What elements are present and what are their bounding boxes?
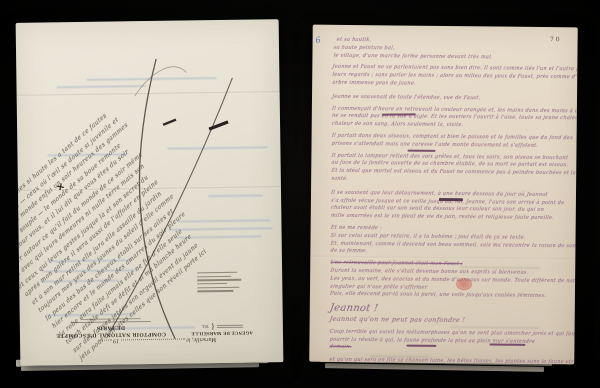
handwriting-line: mille amarrées est le vin pleut de vie d… [330,213,567,223]
left-manuscript-page: + jeannot à ses mondes si haute les a ta… [16,19,284,366]
right-manuscript-page: 70 6 et sa hautik,sa haute peinture bal.… [309,25,578,365]
handwriting-line: Jeanne se souvenait de toute l'étendue, … [331,94,568,104]
letterhead-bank-name: COMPTOIR NATIONAL D'ESCOMPTE DE PARIS [50,318,172,339]
handwriting-line: demain. [329,344,566,354]
date-rule [121,339,185,341]
date-prefix: Marseille, le [186,336,216,342]
small-print-line [71,321,151,323]
printed-form-lines [197,272,241,295]
date-year: 19 [113,337,119,343]
handwriting-text-block: et sa hautik,sa haute peinture bal.le vi… [329,37,568,365]
handwriting-line: chaleur de son sang. Alors seulement la,… [331,121,568,131]
strikethrough-mark [439,198,463,201]
handwriting-line: Puis, elle descend par-là sous la paroi,… [329,291,566,301]
strikethrough-mark [407,150,435,152]
blue-pencil-margin-mark: 6 [315,35,322,45]
date-rule [98,340,112,341]
handwriting-line: le village, d'une marche ferme personne … [333,52,569,62]
strikethrough-mark [382,113,416,115]
handwriting-line: Jeannot ! [329,305,566,315]
brace-glyph: { [211,324,215,330]
diagonal-handwriting-block: jeannot à ses mondes si haute les a tant… [16,19,284,363]
red-ink-stamp [456,278,472,290]
handwriting-line: Jeannot qu'on ne peut pas confondre ! [329,316,566,326]
tel-label: TÉL. [201,325,209,329]
handwriting-line: prisons s'attendait mais une caresse l'a… [331,141,568,151]
small-print-lines [217,325,243,329]
handwriting-line: arbre immense yeux de jaune. [332,80,569,90]
small-print-line [81,318,141,320]
handwriting-line: de sa femme. [330,248,567,258]
handwriting-line: santé. [331,176,568,186]
bank-letterhead-upside-down: Marseille, le 19 AGENCE DE MARSEILLE { T… [50,316,264,349]
letterhead-agency: AGENCE DE MARSEILLE { TÉL. [180,323,264,337]
photograph-of-manuscript-pages: + jeannot à ses mondes si haute les a ta… [0,0,600,388]
strikethrough-mark [406,345,436,347]
